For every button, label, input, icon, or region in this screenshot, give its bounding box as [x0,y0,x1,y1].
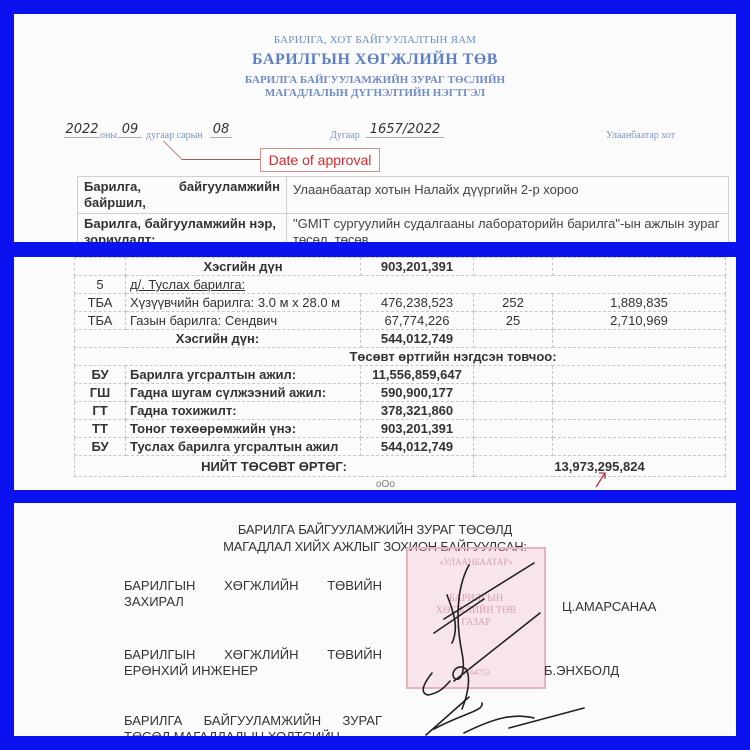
number-label: Дугаар [330,130,360,141]
total-row: НИЙТ ТӨСӨВТ ӨРТӨГ: 13,973,295,824 [75,456,726,477]
summary-amount: 590,900,177 [361,384,474,402]
table-row: ТБА Хүзүүвчийн барилга: 3.0 м x 28.0 м 4… [75,294,726,312]
location-value: Улаанбаатар хотын Налайх дүүргийн 2-р хо… [287,177,729,214]
summary-code: ТТ [75,420,126,438]
date-year-suffix: оны [100,130,117,141]
table-row: ГШ Гадна шугам сүлжээний ажил: 590,900,1… [75,384,726,402]
item-code: ТБА [75,294,126,312]
subtotal-amount: 544,012,749 [361,330,474,348]
date-year: 2022 [64,122,100,138]
table-row: Хэсгийн дүн: 544,012,749 [75,330,726,348]
center-name: БАРИЛГЫН ХӨГЖЛИЙН ТӨВ [14,51,736,69]
item-qty: 252 [474,294,553,312]
project-info-table: Барилга, байгууламжийн байршил, Улаанбаа… [77,176,729,242]
item-name: Газын барилга: Сендвич [126,312,361,330]
summary-code: БУ [75,366,126,384]
project-name-value: "GMIT сургуулийн судалгааны лабораторийн… [287,214,729,243]
summary-amount: 378,321,860 [361,402,474,420]
subtotal-label: Хэсгийн дүн [126,258,361,276]
total-label: НИЙТ ТӨСӨВТ ӨРТӨГ: [75,456,474,477]
summary-title: Төсөвт өртгийн нэгдсэн товчоо: [75,348,726,366]
summary-amount: 544,012,749 [361,438,474,456]
section-number: 5 [75,276,126,294]
table-row: ТТ Тоног төхөөрөмжийн үнэ: 903,201,391 [75,420,726,438]
summary-name: Гадна шугам сүлжээний ажил: [126,384,361,402]
date-day: 08 [210,122,232,138]
budget-table: Хэсгийн дүн 903,201,391 5 д/. Туслах бар… [74,257,726,477]
summary-name: Барилга угсралтын ажил: [126,366,361,384]
summary-amount: 903,201,391 [361,420,474,438]
table-row: Барилга, байгууламжийн байршил, Улаанбаа… [78,177,729,214]
date-line: 2022 оны 09 дугаар сарын 08 Дугаар 1657/… [14,122,736,144]
date-of-approval-callout: Date of approval [260,148,380,172]
summary-name: Туслах барилга угсралтын ажил [126,438,361,456]
red-arrow-icon [594,470,608,488]
city-label: Улаанбаатар хот [606,130,675,141]
summary-code: ГШ [75,384,126,402]
item-amount: 476,238,523 [361,294,474,312]
date-month: 09 [118,122,142,138]
date-month-label: дугаар сарын [146,130,203,141]
item-qty: 25 [474,312,553,330]
subtotal-label: Хэсгийн дүн: [75,330,361,348]
summary-amount: 11,556,859,647 [361,366,474,384]
budget-panel: Хэсгийн дүн 903,201,391 5 д/. Туслах бар… [14,257,736,490]
summary-code: БУ [75,438,126,456]
item-unit-price: 2,710,969 [553,312,726,330]
table-row: БУ Барилга угсралтын ажил: 11,556,859,64… [75,366,726,384]
location-label: Барилга, байгууламжийн байршил, [78,177,287,214]
item-code: ТБА [75,312,126,330]
signature-panel: БАРИЛГА БАЙГУУЛАМЖИЙН ЗУРАГ ТӨСӨЛД МАГАД… [14,503,736,736]
footer-mark: oOo [376,479,395,490]
table-row: Хэсгийн дүн 903,201,391 [75,258,726,276]
document-title-line1: БАРИЛГА БАЙГУУЛАМЖИЙН ЗУРАГ ТӨСЛИЙН [14,74,736,87]
item-name: Хүзүүвчийн барилга: 3.0 м x 28.0 м [126,294,361,312]
document-title: БАРИЛГА БАЙГУУЛАМЖИЙН ЗУРАГ ТӨСЛИЙН МАГА… [14,74,736,100]
item-amount: 67,774,226 [361,312,474,330]
table-row: ТБА Газын барилга: Сендвич 67,774,226 25… [75,312,726,330]
table-row: 5 д/. Туслах барилга: [75,276,726,294]
summary-name: Гадна тохижилт: [126,402,361,420]
table-row: БУ Туслах барилга угсралтын ажил 544,012… [75,438,726,456]
table-row: Барилга, байгууламжийн нэр, зориулалт: "… [78,214,729,243]
summary-code: ГТ [75,402,126,420]
document-title-line2: МАГАДЛАЛЫН ДҮГНЭЛТИЙН НЭГТГЭЛ [14,87,736,100]
table-row: Төсөвт өртгийн нэгдсэн товчоо: [75,348,726,366]
project-name-label: Барилга, байгууламжийн нэр, зориулалт: [78,214,287,243]
handwritten-signatures [14,503,736,736]
document-number: 1657/2022 [366,122,444,138]
item-unit-price: 1,889,835 [553,294,726,312]
ministry-name: БАРИЛГА, ХОТ БАЙГУУЛАЛТЫН ЯАМ [14,34,736,46]
letterhead-panel: БАРИЛГА, ХОТ БАЙГУУЛАЛТЫН ЯАМ БАРИЛГЫН Х… [14,14,736,242]
section-title: д/. Туслах барилга: [126,276,726,294]
table-row: ГТ Гадна тохижилт: 378,321,860 [75,402,726,420]
summary-name: Тоног төхөөрөмжийн үнэ: [126,420,361,438]
subtotal-amount: 903,201,391 [361,258,474,276]
